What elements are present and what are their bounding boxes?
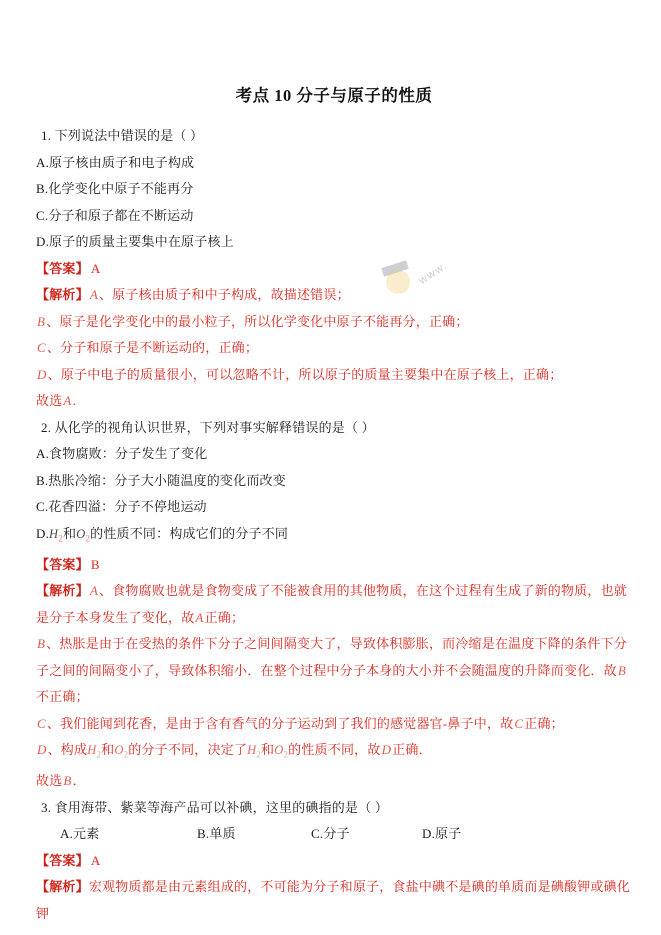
option: B.热胀冷缩：分子大小随温度的变化而改变 [36,468,632,495]
analysis-label: 【解析】 [36,879,89,894]
formula-subscript: 2 [256,750,261,760]
option-letter: C [513,716,524,731]
option-letter: D [36,367,48,382]
analysis-line: 故选A. [36,388,632,415]
formula-element: O [114,743,123,757]
option: D.H2和O2的性质不同：构成它们的分子不同 [36,521,632,552]
option: A.元素 [36,821,197,848]
option: D.原子的质量主要集中在原子核上 [36,229,632,256]
analysis-line: 【解析】A、原子核由质子和中子构成，故描述错误； [36,282,632,309]
formula-subscript: 2 [124,750,129,760]
option-letter: B [62,773,72,788]
question-stem: 3. 食用海带、紫菜等海产品可以补碘，这里的碘指的是（ ） [36,795,632,822]
chemical-formula: H2 [87,742,101,757]
question-block-1: 1. 下列说法中错误的是（ ）A.原子核由质子和电子构成B.化学变化中原子不能再… [36,123,632,415]
analysis-line: B、热胀是由于在受热的条件下分子之间间隔变大了，导致体积膨胀，而冷缩是在温度下降… [36,631,632,711]
option: A.食物腐败：分子发生了变化 [36,441,632,468]
option-letter: B [36,314,46,329]
option: B.化学变化中原子不能再分 [36,176,632,203]
document-page: www. 考点 10 分子与原子的性质 1. 下列说法中错误的是（ ）A.原子核… [0,0,661,935]
answer-value: A [89,261,101,276]
question-stem: 1. 下列说法中错误的是（ ） [36,123,632,150]
question-block-2: 2. 从化学的视角认识世界，下列对事实解释错误的是（ ）A.食物腐败：分子发生了… [36,415,632,795]
option-letter: D [381,742,393,757]
chemical-formula: H2 [49,526,63,541]
question-block-3: 3. 食用海带、紫菜等海产品可以补碘，这里的碘指的是（ ）A.元素B.单质C.分… [36,795,632,928]
answer-line: 【答案】A [36,848,632,875]
analysis-line: D、构成H2和O2的分子不同，决定了H2和O2的性质不同，故D正确． [36,737,632,768]
analysis-line: B、原子是化学变化中的最小粒子，所以化学变化中原子不能再分，正确； [36,309,632,336]
analysis-label: 【解析】 [36,583,89,598]
analysis-line: C、分子和原子是不断运动的，正确； [36,335,632,362]
formula-element: H [49,527,58,541]
formula-subscript: 2 [283,750,288,760]
page-title: 考点 10 分子与原子的性质 [36,82,632,106]
formula-subscript: 2 [58,533,63,543]
option: B.单质 [197,821,311,848]
analysis-label: 【解析】 [36,287,89,302]
formula-element: H [247,743,256,757]
answer-label: 【答案】 [36,853,89,868]
formula-subscript: 2 [85,533,90,543]
answer-line: 【答案】A [36,256,632,283]
option-letter: A [194,610,204,625]
option: C.花香四溢：分子不停地运动 [36,494,632,521]
questions-container: 1. 下列说法中错误的是（ ）A.原子核由质子和电子构成B.化学变化中原子不能再… [36,123,632,927]
question-stem: 2. 从化学的视角认识世界，下列对事实解释错误的是（ ） [36,415,632,442]
chemical-formula: O2 [274,742,288,757]
answer-label: 【答案】 [36,261,89,276]
option-letter: B [617,663,627,678]
option: C.分子和原子都在不断运动 [36,203,632,230]
analysis-line: 【解析】A、食物腐败也就是食物变成了不能被食用的其他物质，在这个过程有生成了新的… [36,578,632,631]
option-letter: D [36,742,48,757]
option-letter: A [89,583,99,598]
answer-value: A [89,853,101,868]
options-row: A.元素B.单质C.分子D.原子 [36,821,632,848]
answer-label: 【答案】 [36,557,89,572]
option-letter: B [36,636,46,651]
option: D.原子 [422,821,461,848]
analysis-line: D、原子中电子的质量很小，可以忽略不计，所以原子的质量主要集中在原子核上，正确； [36,362,632,389]
option-letter: C [36,340,47,355]
option-letter: A [62,393,72,408]
formula-subscript: 2 [96,750,101,760]
option-letter: C [36,716,47,731]
chemical-formula: H2 [247,742,261,757]
option-letter: A [89,287,99,302]
document-content: 考点 10 分子与原子的性质 1. 下列说法中错误的是（ ）A.原子核由质子和电… [36,82,632,927]
option: A.原子核由质子和电子构成 [36,150,632,177]
chemical-formula: O2 [114,742,128,757]
chemical-formula: O2 [76,526,90,541]
analysis-line: C、我们能闻到花香，是由于含有香气的分子运动到了我们的感觉器官-鼻子中，故C正确… [36,711,632,738]
answer-line: 【答案】B [36,552,632,579]
analysis-line: 【解析】宏观物质都是由元素组成的，不可能为分子和原子，食盐中碘不是碘的单质而是碘… [36,874,632,927]
answer-value: B [89,557,100,572]
option: C.分子 [311,821,422,848]
analysis-line: 故选B． [36,768,632,795]
